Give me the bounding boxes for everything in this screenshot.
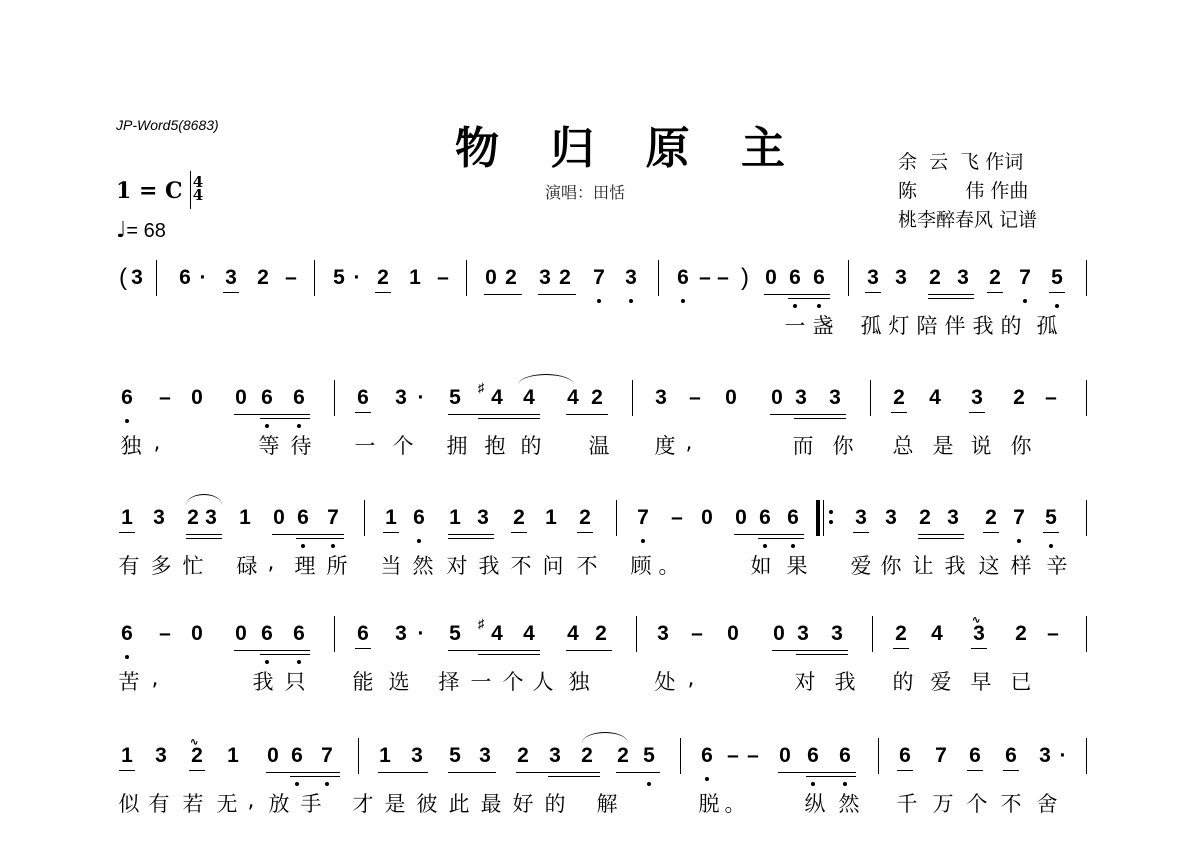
underline-beam (971, 648, 987, 649)
lyric-char: 若 (180, 788, 206, 818)
lyric-char: 当 (378, 550, 404, 580)
note: 1 (224, 744, 242, 768)
low-octave-dot (843, 782, 847, 786)
note: 7 (1010, 506, 1028, 530)
note: 0 (698, 506, 716, 530)
note: 3 (622, 266, 640, 290)
low-octave-dot (325, 782, 329, 786)
lyric-char: 你 (1008, 430, 1034, 460)
underline-beam (548, 776, 600, 777)
underline-beam (448, 538, 494, 539)
sustain-dash: – (156, 386, 174, 410)
note: 3∿ (970, 622, 988, 646)
note: 6 (810, 266, 828, 290)
note: 7 (634, 506, 652, 530)
underline-beam (566, 650, 612, 651)
note: 2 (510, 506, 528, 530)
note: 5 (446, 744, 464, 768)
underline-beam (577, 532, 593, 533)
lyric-char: 舍 (1034, 788, 1060, 818)
underline-beam (616, 772, 660, 773)
lyric-char: 是 (382, 788, 408, 818)
lyric-char: 多 (148, 550, 174, 580)
note: 6 (258, 386, 276, 410)
note: 2 (502, 266, 520, 290)
lyric-char: 是 (930, 430, 956, 460)
note: 3 (852, 506, 870, 530)
lyric-char: 个 (964, 788, 990, 818)
note: 1 (406, 266, 424, 290)
note: 2 (986, 266, 1004, 290)
low-octave-dot (297, 424, 301, 428)
lyric-char: 所 (324, 550, 350, 580)
barline (334, 380, 335, 416)
note: 3 (152, 744, 170, 768)
note: 1 (118, 744, 136, 768)
note: 1 (236, 506, 254, 530)
underline-beam (516, 772, 600, 773)
low-octave-dot (265, 424, 269, 428)
note: 4 (520, 386, 538, 410)
underline-beam (983, 532, 999, 533)
note: 3 (546, 744, 564, 768)
note: 6 (258, 622, 276, 646)
underline-beam (234, 414, 310, 415)
note: 3 (882, 506, 900, 530)
sustain-dash: – (724, 744, 742, 768)
lyric-char: , (676, 430, 702, 454)
lyric-char: 我 (476, 550, 502, 580)
underline-beam (375, 292, 391, 293)
lyric-char: 等 (256, 430, 282, 460)
note: 6 (354, 622, 372, 646)
lyric-char: 我 (942, 550, 968, 580)
note: 6 (896, 744, 914, 768)
note: 3 (1036, 744, 1054, 768)
underline-beam (538, 294, 576, 295)
repeat-dot (829, 520, 833, 524)
underline-beam (764, 294, 830, 295)
software-watermark: JP-Word5(8683) (116, 117, 219, 133)
note: 2 (576, 506, 594, 530)
lyric-char: 已 (1008, 666, 1034, 696)
lyric-char: 的 (890, 666, 916, 696)
lyric-char: 有 (116, 550, 142, 580)
note: 4 (926, 386, 944, 410)
lyric-char: 我 (970, 310, 996, 340)
lyric-char: , (142, 666, 168, 690)
underline-beam (296, 538, 344, 539)
lyric-char: 放 (266, 788, 292, 818)
sustain-dash: – (156, 622, 174, 646)
lyric-char: 度 (652, 430, 678, 460)
note: 3 (150, 506, 168, 530)
lyric-char: 孤 (1034, 310, 1060, 340)
underline-beam (806, 776, 856, 777)
tempo-value: = 68 (126, 220, 165, 242)
barline (636, 616, 637, 652)
lyric-char: 最 (478, 788, 504, 818)
note: 4 (488, 622, 506, 646)
time-signature: 4 4 (190, 176, 206, 202)
slur-tie (186, 494, 222, 505)
lyric-char: , (678, 666, 704, 690)
barline (1086, 500, 1087, 536)
barline (870, 380, 871, 416)
note: 2 (1012, 622, 1030, 646)
augmentation-dot: · (1054, 744, 1072, 768)
sustain-dash: – (1042, 386, 1060, 410)
underline-beam (260, 418, 310, 419)
augmentation-dot: · (412, 622, 430, 646)
low-octave-dot (1049, 544, 1053, 548)
note: 7 (318, 744, 336, 768)
lyric-char: 伴 (942, 310, 968, 340)
note: 0 (722, 386, 740, 410)
note: 5 (446, 386, 464, 410)
low-octave-dot (641, 539, 645, 543)
underline-beam (865, 292, 881, 293)
lyric-char: 个 (390, 430, 416, 460)
low-octave-dot (1017, 539, 1021, 543)
note: 3 (652, 386, 670, 410)
note: 6 (288, 744, 306, 768)
note: 0 (762, 266, 780, 290)
note: 6 (784, 506, 802, 530)
note: 2 (556, 266, 574, 290)
low-octave-dot (681, 299, 685, 303)
lyric-char: 择 (436, 666, 462, 696)
note: 7 (932, 744, 950, 768)
low-octave-dot (791, 544, 795, 548)
note: 0 (270, 506, 288, 530)
repeat-thick-line (816, 500, 820, 536)
lyric-char: 温 (586, 430, 612, 460)
note: 3 (128, 266, 146, 290)
underline-beam (918, 534, 964, 535)
underline-beam (918, 538, 964, 539)
low-octave-dot (705, 777, 709, 781)
lyric-char: 处 (652, 666, 678, 696)
sustain-dash: – (1044, 622, 1062, 646)
note: 2 (982, 506, 1000, 530)
lyric-char: 然 (410, 550, 436, 580)
note: 3 (536, 266, 554, 290)
lyric-char: 一 (352, 430, 378, 460)
lyric-char: 盏 (810, 310, 836, 340)
lyric-char: 无 (214, 788, 240, 818)
lyric-char: , (144, 430, 170, 454)
low-octave-dot (331, 544, 335, 548)
low-octave-dot (1055, 304, 1059, 308)
underline-beam (734, 534, 804, 535)
low-octave-dot (817, 304, 821, 308)
note: 1 (446, 506, 464, 530)
low-octave-dot (1023, 299, 1027, 303)
lyric-char: 脱 (696, 788, 722, 818)
underline-beam (234, 650, 310, 651)
lyric-char: 理 (292, 550, 318, 580)
low-octave-dot (647, 782, 651, 786)
lyric-char: 人 (530, 666, 556, 696)
underline-beam (897, 770, 913, 771)
lyric-char: 对 (792, 666, 818, 696)
low-octave-dot (301, 544, 305, 548)
lyric-char: 的 (518, 430, 544, 460)
lyric-char: 万 (930, 788, 956, 818)
lyric-char: 然 (836, 788, 862, 818)
underline-beam (794, 418, 846, 419)
lyric-char: 爱 (928, 666, 954, 696)
underline-beam (893, 648, 909, 649)
note: 5 (640, 744, 658, 768)
time-signature-divider (190, 171, 191, 209)
quarter-note-icon: ♩ (116, 218, 126, 243)
underline-beam (119, 770, 135, 771)
barline (632, 380, 633, 416)
note: 2 (184, 506, 202, 530)
underline-beam (566, 414, 608, 415)
underline-beam (355, 648, 371, 649)
underline-beam (772, 650, 848, 651)
note: 6 (294, 506, 312, 530)
note: 3 (892, 266, 910, 290)
note: 3 (794, 622, 812, 646)
note: 0 (188, 622, 206, 646)
underline-beam (355, 412, 371, 413)
lyric-char: 辛 (1044, 550, 1070, 580)
sustain-dash: – (714, 266, 732, 290)
low-octave-dot (793, 304, 797, 308)
barline (848, 260, 849, 296)
note: 0 (264, 744, 282, 768)
note: 6 (354, 386, 372, 410)
low-octave-dot (297, 660, 301, 664)
note: 3 (474, 506, 492, 530)
underline-beam (448, 414, 540, 415)
low-octave-dot (265, 660, 269, 664)
note: 6 (290, 622, 308, 646)
lyric-char: 果 (784, 550, 810, 580)
slur-tie (518, 374, 574, 385)
note: 5 (446, 622, 464, 646)
note: 2 (514, 744, 532, 768)
note: 3 (826, 386, 844, 410)
note: 3 (864, 266, 882, 290)
repeat-dot (829, 510, 833, 514)
underline-beam (1049, 292, 1065, 293)
underline-beam (478, 418, 540, 419)
underline-beam (1003, 770, 1019, 771)
underline-beam (853, 532, 869, 533)
underline-beam (891, 412, 907, 413)
note: 6 (756, 506, 774, 530)
note: 6 (290, 386, 308, 410)
lyric-char: 独 (566, 666, 592, 696)
lyric-char: 你 (878, 550, 904, 580)
underline-beam (511, 532, 527, 533)
lyric-char: 个 (500, 666, 526, 696)
note: 6 (674, 266, 692, 290)
lyric-char: , (258, 550, 284, 574)
underline-beam (770, 414, 846, 415)
lyric-char: 不 (508, 550, 534, 580)
underline-beam (788, 298, 830, 299)
sustain-dash: – (282, 266, 300, 290)
underline-beam (186, 538, 222, 539)
note: 0 (188, 386, 206, 410)
barline (1086, 738, 1087, 774)
low-octave-dot (125, 419, 129, 423)
note: 6 (1002, 744, 1020, 768)
lyric-char: 才 (350, 788, 376, 818)
lyric-char: 只 (282, 666, 308, 696)
note: 3 (968, 386, 986, 410)
note: 3 (222, 266, 240, 290)
note: 6 (966, 744, 984, 768)
underline-beam (186, 534, 222, 535)
barline (364, 500, 365, 536)
lyric-char: 孤 (858, 310, 884, 340)
underline-beam (266, 772, 340, 773)
note: 3 (476, 744, 494, 768)
lyric-char: 千 (894, 788, 920, 818)
underline-beam (383, 532, 399, 533)
note: 4 (564, 386, 582, 410)
note: 6 (410, 506, 428, 530)
note: 3 (408, 744, 426, 768)
note: 3 (202, 506, 220, 530)
lyric-char: 。 (656, 550, 682, 580)
lyric-char: 解 (594, 788, 620, 818)
note: 2 (588, 386, 606, 410)
lyric-char: , (238, 788, 264, 812)
note: ) (736, 266, 754, 290)
note: 3 (654, 622, 672, 646)
note: 1 (118, 506, 136, 530)
note: 2 (254, 266, 272, 290)
credits-block: 余 云 飞 作词 陈 伟 作曲 桃李醉春风 记谱 (898, 148, 1037, 235)
lyric-char: 此 (446, 788, 472, 818)
augmentation-dot: · (194, 266, 212, 290)
barline (1086, 616, 1087, 652)
mordent-icon: ∿ (972, 609, 979, 633)
transcriber-credit: 桃李醉春风 记谱 (898, 206, 1037, 235)
lyric-char: 忙 (180, 550, 206, 580)
underline-beam (223, 292, 239, 293)
lyric-char: 碌 (234, 550, 260, 580)
barline (1086, 380, 1087, 416)
lyric-char: 让 (910, 550, 936, 580)
augmentation-dot: · (412, 386, 430, 410)
note: 6 (836, 744, 854, 768)
lyric-char: 选 (386, 666, 412, 696)
note: 0 (768, 386, 786, 410)
underline-beam (478, 654, 540, 655)
lyric-char: 彼 (414, 788, 440, 818)
note: 5 (1048, 266, 1066, 290)
lyric-char: 问 (540, 550, 566, 580)
note: 0 (776, 744, 794, 768)
augmentation-dot: · (348, 266, 366, 290)
low-octave-dot (597, 299, 601, 303)
underline-beam (189, 770, 205, 771)
lyric-char: 如 (748, 550, 774, 580)
time-signature-bottom: 4 (190, 189, 206, 202)
lyric-char: 一 (782, 310, 808, 340)
underline-beam (1043, 532, 1059, 533)
lyric-char: 独 (118, 430, 144, 460)
lyric-char: 手 (298, 788, 324, 818)
underline-beam (448, 772, 496, 773)
barline (358, 738, 359, 774)
sustain-dash: – (668, 506, 686, 530)
note: 1 (382, 506, 400, 530)
sharp-accidental: ♯ (478, 616, 485, 631)
sharp-accidental: ♯ (478, 380, 485, 395)
note: 6 (118, 386, 136, 410)
note: 2 (614, 744, 632, 768)
tempo-marking: ♩= 68 (116, 218, 166, 243)
note: 4 (928, 622, 946, 646)
lyric-char: 我 (250, 666, 276, 696)
sustain-dash: – (696, 266, 714, 290)
underline-beam (272, 534, 344, 535)
lyric-char: 苦 (116, 666, 142, 696)
lyric-char: 总 (890, 430, 916, 460)
underline-beam (290, 776, 340, 777)
lyric-char: 灯 (886, 310, 912, 340)
mordent-icon: ∿ (190, 731, 197, 755)
note: 4 (520, 622, 538, 646)
note: 2 (578, 744, 596, 768)
note: 2∿ (188, 744, 206, 768)
lyric-char: 对 (444, 550, 470, 580)
underline-beam (928, 294, 974, 295)
lyric-char: 待 (288, 430, 314, 460)
underline-beam (778, 772, 856, 773)
note: 2 (926, 266, 944, 290)
lyric-char: 有 (146, 788, 172, 818)
lyric-char: 好 (510, 788, 536, 818)
note: 2 (890, 386, 908, 410)
note: 7 (324, 506, 342, 530)
note: 2 (592, 622, 610, 646)
barline (878, 738, 879, 774)
lyric-char: 似 (116, 788, 142, 818)
lyric-char: 纵 (802, 788, 828, 818)
note: 6 (698, 744, 716, 768)
lyric-char: 。 (722, 788, 748, 818)
note: 2 (916, 506, 934, 530)
lyric-char: 一 (468, 666, 494, 696)
note: 2 (892, 622, 910, 646)
underline-beam (484, 294, 522, 295)
singer-credit: 演唱：田恬 (545, 180, 625, 203)
note: 3 (392, 622, 410, 646)
lyric-char: 说 (968, 430, 994, 460)
barline (1086, 260, 1087, 296)
note: 6 (176, 266, 194, 290)
lyric-char: 抱 (482, 430, 508, 460)
sustain-dash: – (434, 266, 452, 290)
lyric-char: 的 (542, 788, 568, 818)
key-signature: 1 = C (116, 178, 183, 204)
barline (466, 260, 467, 296)
note: 3 (792, 386, 810, 410)
slur-tie (582, 732, 628, 743)
note: 3 (392, 386, 410, 410)
